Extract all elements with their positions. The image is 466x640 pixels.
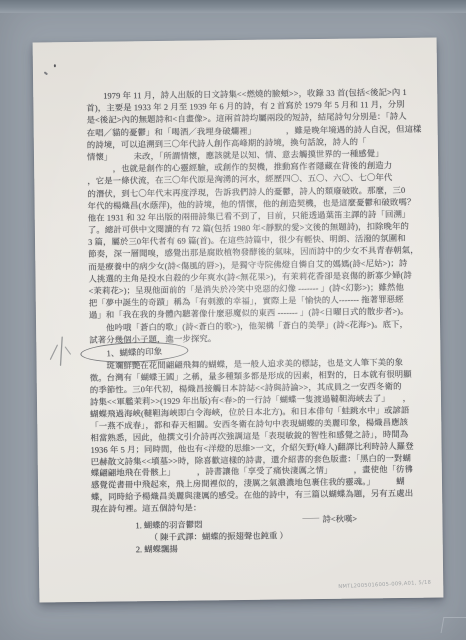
backdrop-corner-line xyxy=(441,617,466,633)
photo-backdrop: 1979 年 11 月，詩人出版的日文詩集<<燃燒的臉頰>>，收錄 33 首(包… xyxy=(0,0,466,640)
section-heading: 1、蝴蝶的印象 xyxy=(106,345,162,359)
butterfly-paragraph-block: 斑斕鮮艷在花間翩翩飛舞的蝴蝶，是一般人追求美的標誌，也是文人筆下美的象徵。台灣有… xyxy=(89,357,427,516)
em-dash: —— xyxy=(302,513,319,522)
verse-list-item-2: 2. 蝴蝶飄揚 xyxy=(136,536,436,552)
list-item-text: 蝴蝶飄揚 xyxy=(142,545,178,554)
main-paragraph-block: 1979 年 11 月，詩人出版的日文詩集<<燃燒的臉頰>>，收錄 33 首(包… xyxy=(86,87,425,347)
handwritten-margin-mark xyxy=(47,335,75,369)
backdrop-top-edge xyxy=(0,0,466,13)
paper-speck xyxy=(44,71,48,75)
paper-speck xyxy=(54,64,56,67)
poem-reference: 詩<秋嘆> xyxy=(322,513,357,525)
document-page: 1979 年 11 月，詩人出版的日文詩集<<燃燒的臉頰>>，收錄 33 首(包… xyxy=(33,38,444,603)
pencil-inventory-number: NMTL2005016005-009,A01, 5/18 xyxy=(338,578,466,590)
